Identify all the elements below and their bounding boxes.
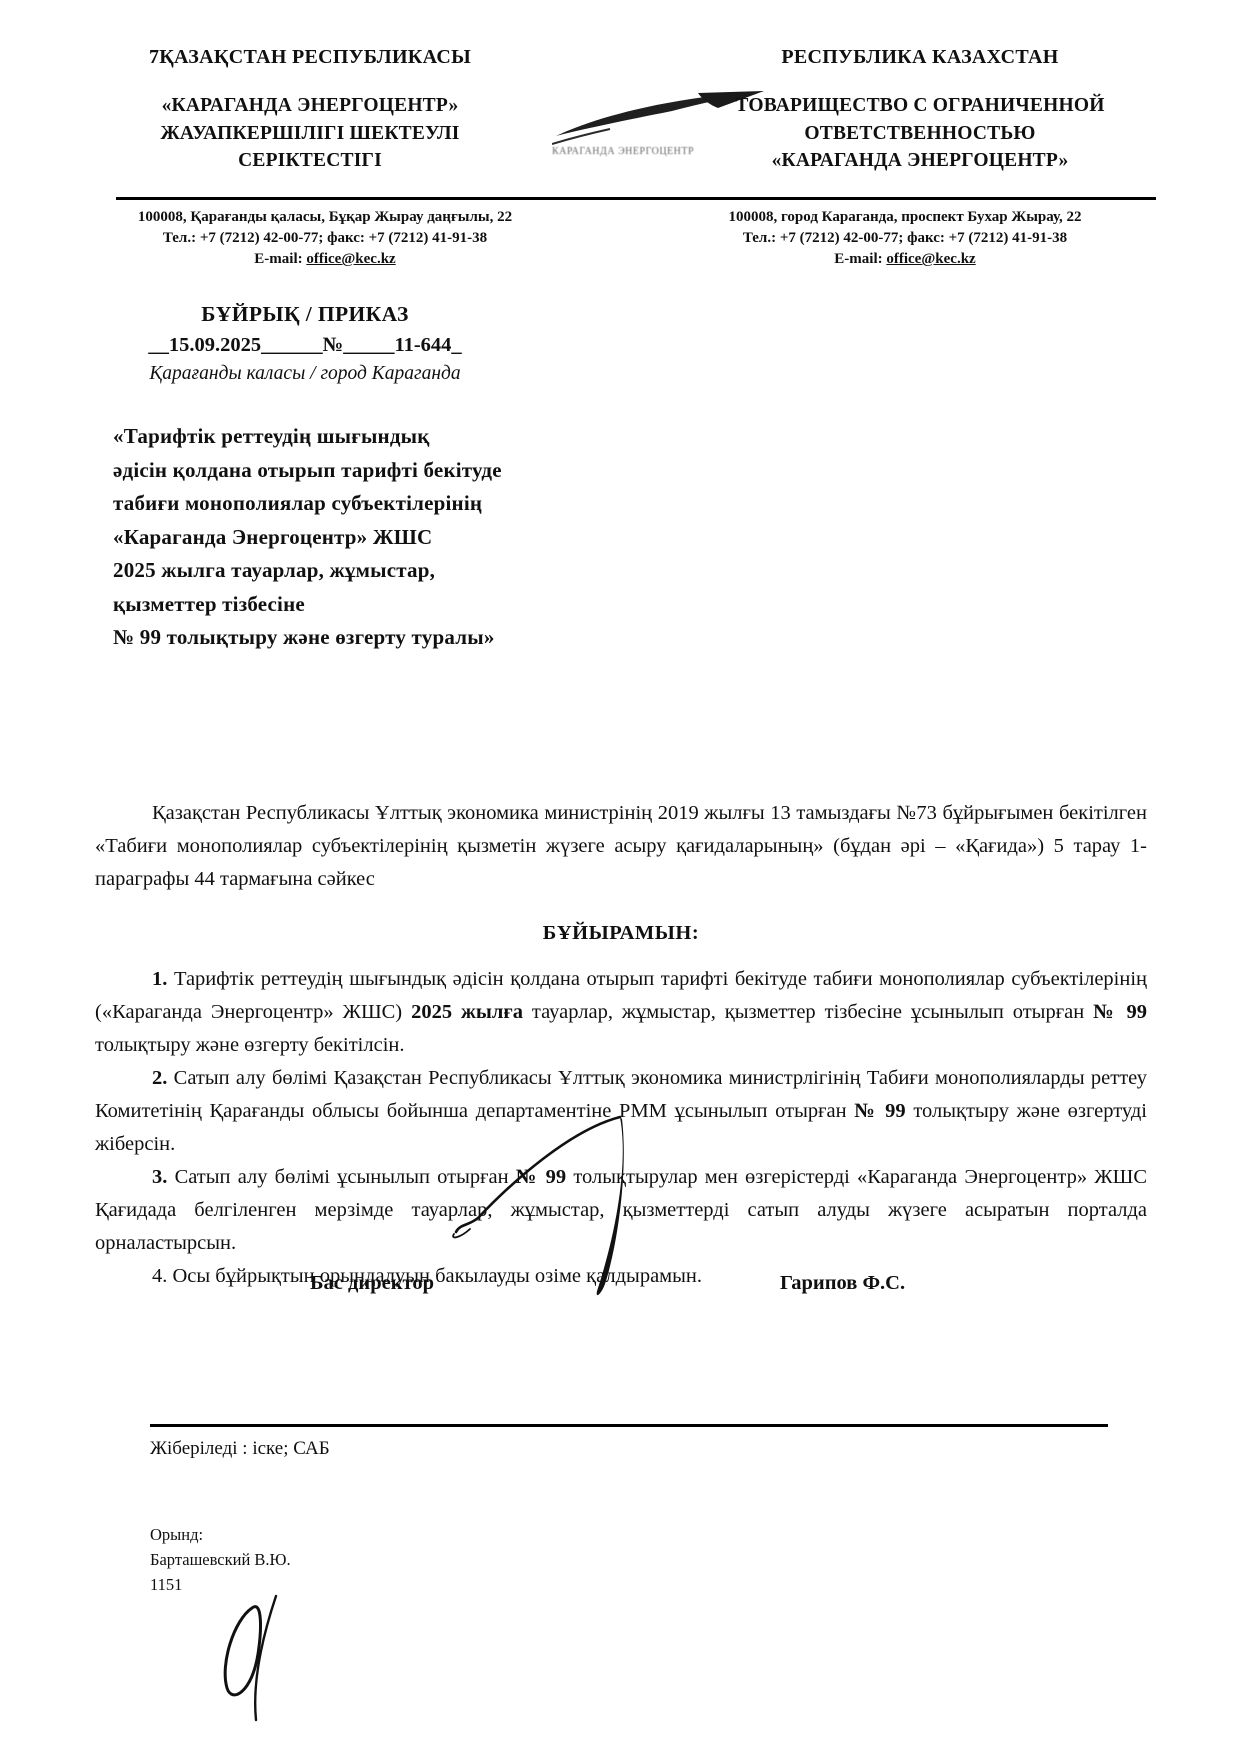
executor-signature <box>212 1592 312 1727</box>
item-bold-text: 2025 жылға <box>411 1001 523 1023</box>
order-subject: «Тарифтік реттеудің шығындық әдісін қолд… <box>113 420 653 655</box>
header-right-org-name: ТОВАРИЩЕСТВО С ОГРАНИЧЕННОЙ ОТВЕТСТВЕННО… <box>700 92 1140 175</box>
scanned-order-document: 7ҚАЗАҚСТАН РЕСПУБЛИКАСЫ «КАРАГАНДА ЭНЕРГ… <box>0 0 1240 1754</box>
signer-position-title: Бас директор <box>310 1272 434 1295</box>
header-divider-line <box>116 197 1156 200</box>
item-text: толықтыру және өзгерту бекітілсін. <box>95 1034 405 1056</box>
order-heading-block: БҰЙРЫҚ / ПРИКАЗ __15.09.2025______№_____… <box>130 302 480 385</box>
initials-stroke-icon <box>212 1592 312 1727</box>
contact-block-left: 100008, Қарағанды қаласы, Бұқар Жырау да… <box>100 207 550 270</box>
item-bold-text: № 99 <box>854 1100 905 1122</box>
distribution-note: Жіберіледі : іске; САБ <box>150 1438 330 1460</box>
item-bold-text: № 99 <box>1093 1001 1147 1023</box>
item-number: 4. <box>152 1265 167 1287</box>
email-label: E-mail: <box>254 251 306 267</box>
header-left-country: 7ҚАЗАҚСТАН РЕСПУБЛИКАСЫ <box>110 46 510 69</box>
footer-divider-line <box>150 1424 1108 1427</box>
director-signature <box>450 1108 680 1308</box>
contact-right-phone: Тел.: +7 (7212) 42-00-77; факс: +7 (7212… <box>680 228 1130 249</box>
contact-right-address: 100008, город Караганда, проспект Бухар … <box>680 207 1130 228</box>
contact-left-phone: Тел.: +7 (7212) 42-00-77; факс: +7 (7212… <box>100 228 550 249</box>
item-number: 2. <box>152 1067 167 1089</box>
signature-stroke-icon <box>450 1108 680 1308</box>
intro-paragraph-block: Қазақстан Республикасы Ұлттық экономика … <box>95 797 1147 896</box>
order-item-1: 1. Тарифтік реттеудің шығындық әдісін қо… <box>95 963 1147 1062</box>
order-title: БҰЙРЫҚ / ПРИКАЗ <box>130 302 480 327</box>
item-number: 3. <box>152 1166 167 1188</box>
executor-label: Орынд: <box>150 1522 291 1547</box>
contact-left-address: 100008, Қарағанды қаласы, Бұқар Жырау да… <box>100 207 550 228</box>
executor-block: Орынд: Барташевский В.Ю. 1151 <box>150 1522 291 1597</box>
executor-name: Барташевский В.Ю. <box>150 1547 291 1572</box>
email-link: office@kec.kz <box>886 251 975 267</box>
item-number: 1. <box>152 968 167 990</box>
order-place: Қарағанды каласы / город Караганда <box>130 363 480 385</box>
contact-left-email-line: E-mail: office@kec.kz <box>100 249 550 270</box>
signer-name: Гарипов Ф.С. <box>780 1272 905 1295</box>
contact-block-right: 100008, город Караганда, проспект Бухар … <box>680 207 1130 270</box>
item-text: тауарлар, жұмыстар, қызметтер тізбесіне … <box>523 1001 1093 1023</box>
order-date-number: __15.09.2025______№_____11-644_ <box>130 334 480 357</box>
email-label: E-mail: <box>834 251 886 267</box>
header-right-country: РЕСПУБЛИКА КАЗАХСТАН <box>700 46 1140 69</box>
email-link: office@kec.kz <box>306 251 395 267</box>
resolve-heading: БҰЙЫРАМЫН: <box>95 922 1147 945</box>
contact-right-email-line: E-mail: office@kec.kz <box>680 249 1130 270</box>
header-left-org-name: «КАРАГАНДА ЭНЕРГОЦЕНТР» ЖАУАПКЕРШІЛІГІ Ш… <box>110 92 510 175</box>
intro-paragraph: Қазақстан Республикасы Ұлттық экономика … <box>95 797 1147 896</box>
